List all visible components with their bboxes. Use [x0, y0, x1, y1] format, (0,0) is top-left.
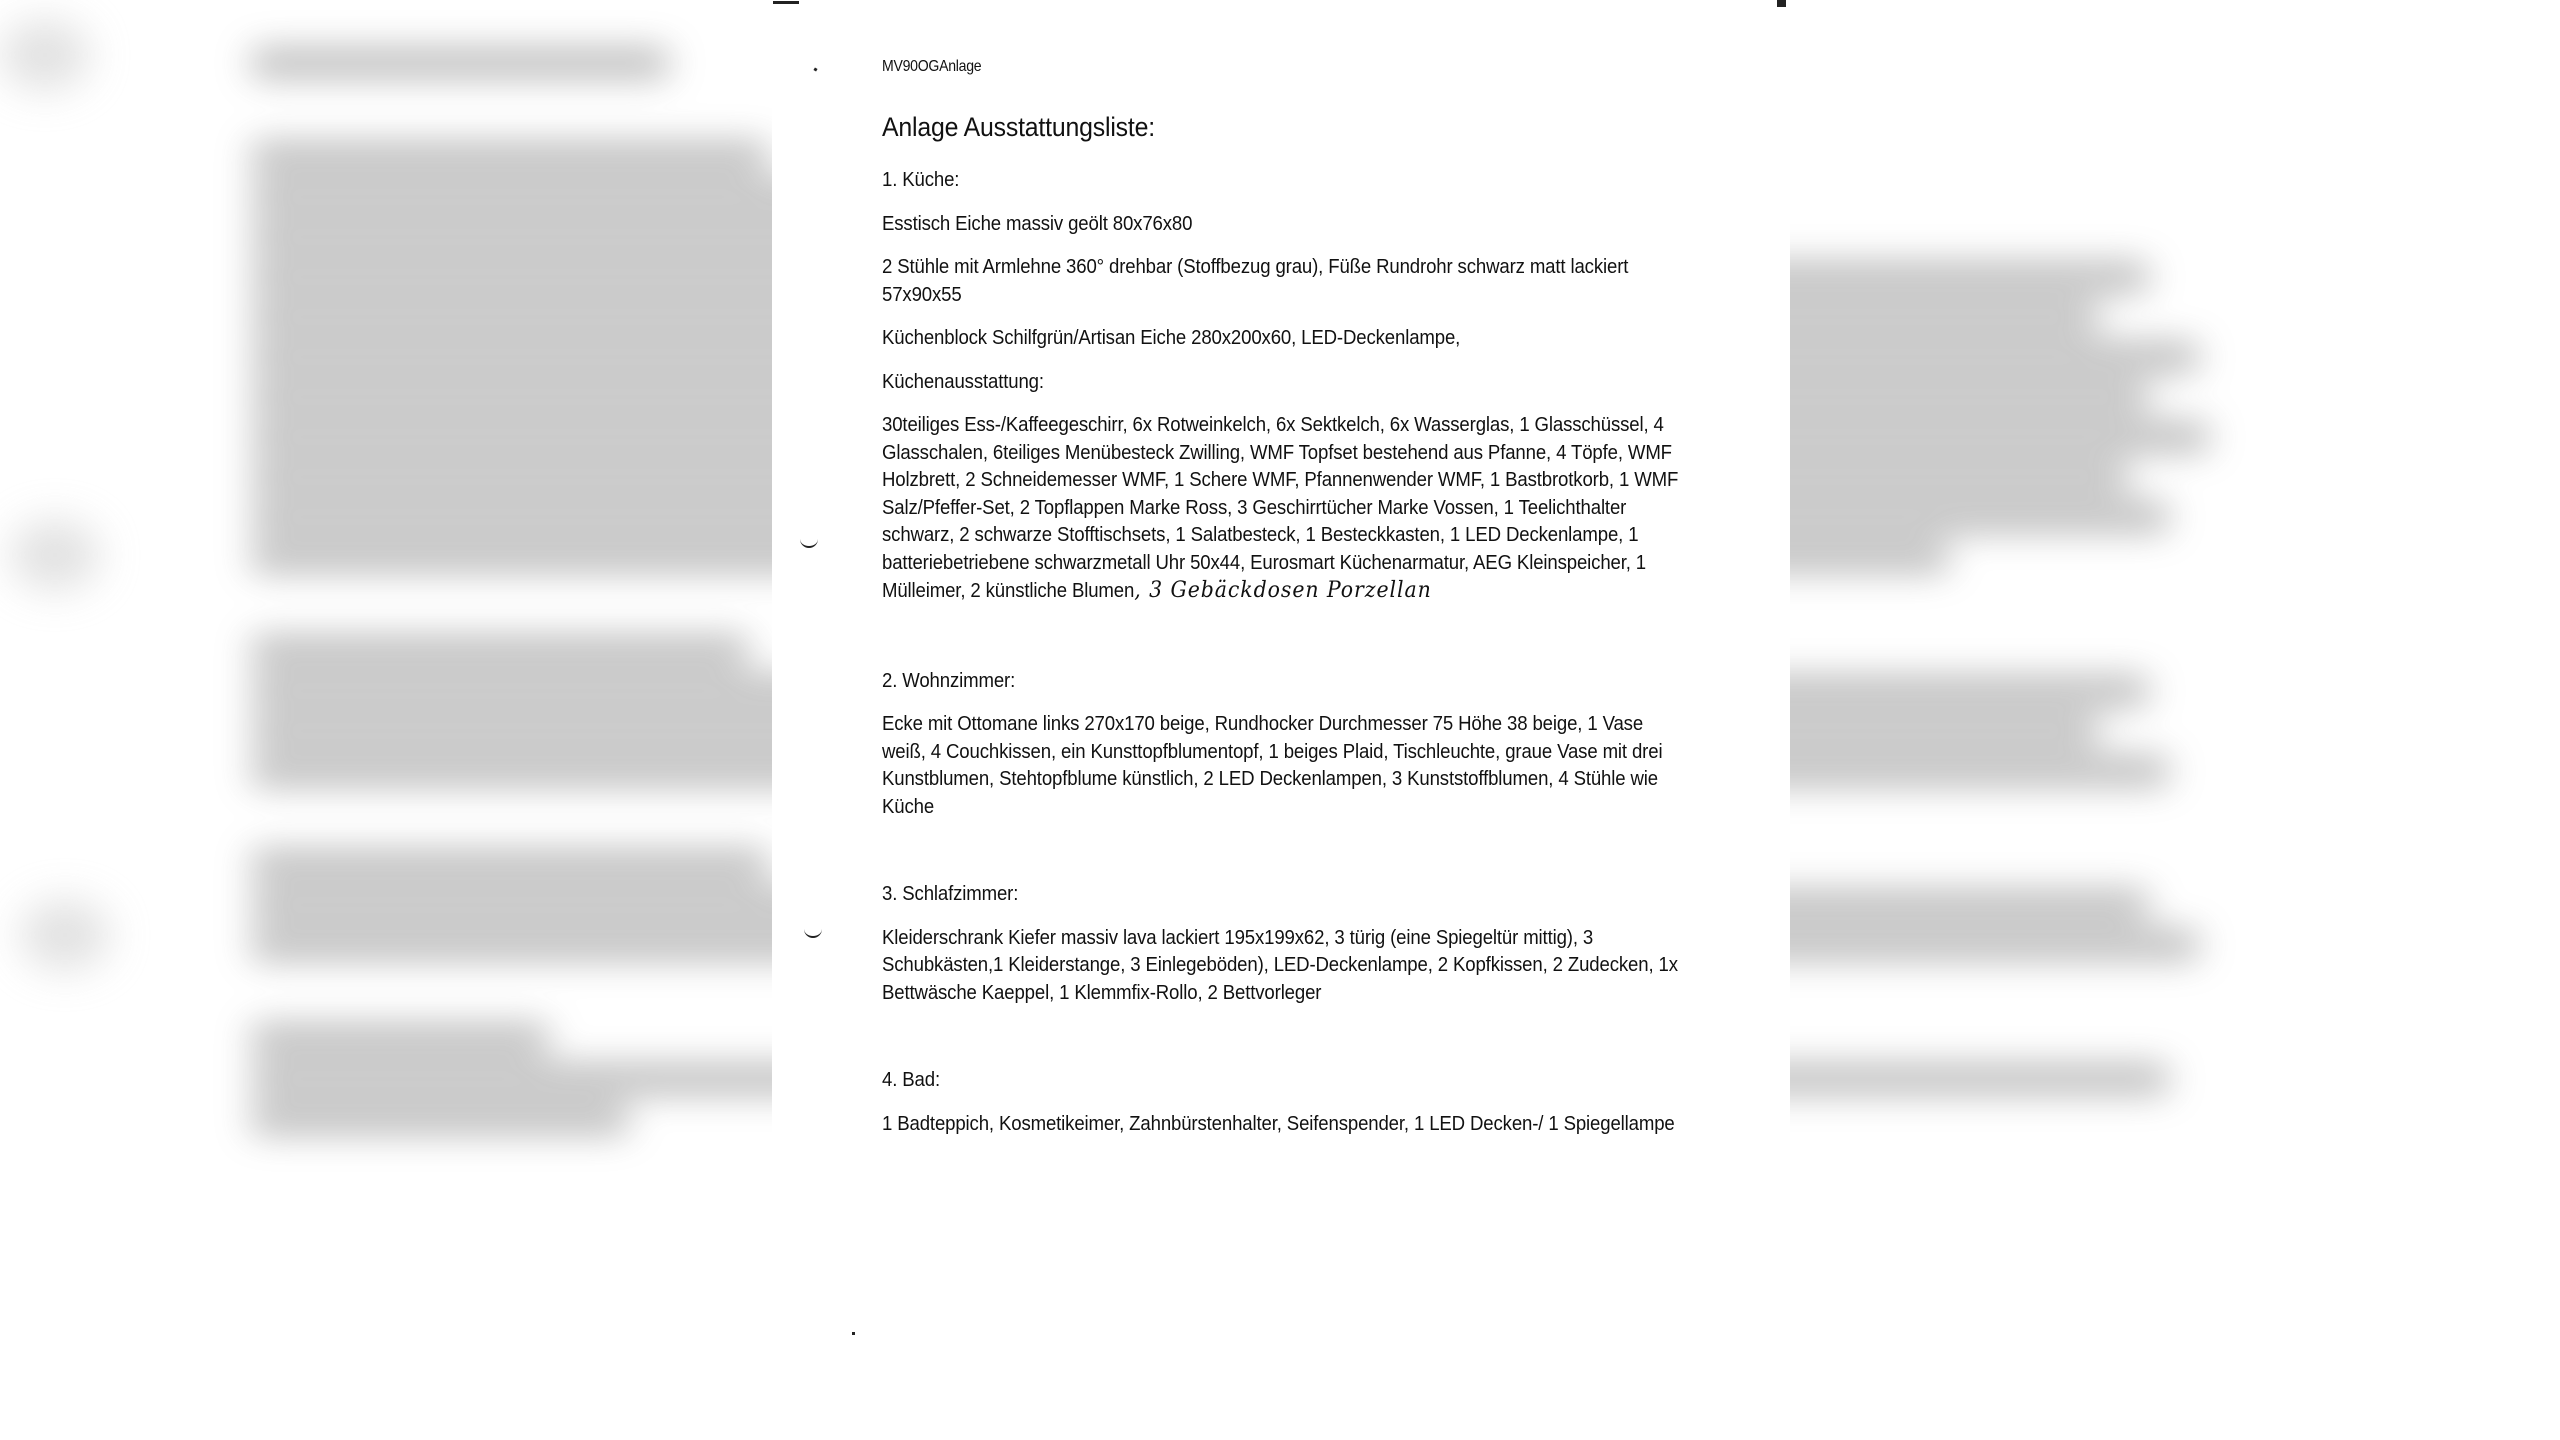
- section-kueche: 1. Küche: Esstisch Eiche massiv geölt 80…: [882, 167, 1682, 606]
- kitchen-equipment-list: 30teiliges Ess-/Kaffeegeschirr, 6x Rotwe…: [882, 414, 1678, 602]
- blurred-margin-mark: [20, 900, 110, 970]
- item-paragraph: 2 Stühle mit Armlehne 360° drehbar (Stof…: [882, 254, 1682, 309]
- section-schlafzimmer: 3. Schlafzimmer: Kleiderschrank Kiefer m…: [882, 881, 1682, 1007]
- item-paragraph: Esstisch Eiche massiv geölt 80x76x80: [882, 211, 1682, 239]
- section-heading: 1. Küche:: [882, 167, 1682, 195]
- section-wohnzimmer: 2. Wohnzimmer: Ecke mit Ottomane links 2…: [882, 668, 1682, 822]
- document-reference: MV90OGAnlage: [882, 58, 1586, 76]
- scan-artifact-top-left: [773, 1, 799, 4]
- document-page: MV90OGAnlage Anlage Ausstattungsliste: 1…: [772, 0, 1790, 1440]
- subsection-heading: Küchenausstattung:: [882, 369, 1682, 397]
- scan-artifact-dot: [813, 67, 817, 71]
- item-paragraph: Küchenblock Schilfgrün/Artisan Eiche 280…: [882, 325, 1682, 353]
- document-title: Anlage Ausstattungsliste:: [882, 112, 1618, 143]
- section-bad: 4. Bad: 1 Badteppich, Kosmetikeimer, Zah…: [882, 1067, 1682, 1138]
- document-content: MV90OGAnlage Anlage Ausstattungsliste: 1…: [882, 58, 1682, 1198]
- item-paragraph-kitchen-equipment: 30teiliges Ess-/Kaffeegeschirr, 6x Rotwe…: [882, 412, 1682, 606]
- section-heading: 4. Bad:: [882, 1067, 1682, 1095]
- punch-hole-mark: [800, 536, 818, 548]
- item-paragraph: 1 Badteppich, Kosmetikeimer, Zahnbürsten…: [882, 1111, 1682, 1139]
- punch-hole-mark: [804, 926, 822, 938]
- item-paragraph: Ecke mit Ottomane links 270x170 beige, R…: [882, 711, 1682, 821]
- scan-artifact-top-right: [1777, 0, 1786, 7]
- blurred-margin-mark: [0, 20, 90, 90]
- section-heading: 2. Wohnzimmer:: [882, 668, 1682, 696]
- item-paragraph: Kleiderschrank Kiefer massiv lava lackie…: [882, 925, 1682, 1008]
- scan-artifact-dot: [852, 1332, 855, 1335]
- section-heading: 3. Schlafzimmer:: [882, 881, 1682, 909]
- handwritten-annotation: , 3 Gebäckdosen Porzellan: [1134, 578, 1431, 603]
- blurred-margin-mark: [10, 520, 100, 590]
